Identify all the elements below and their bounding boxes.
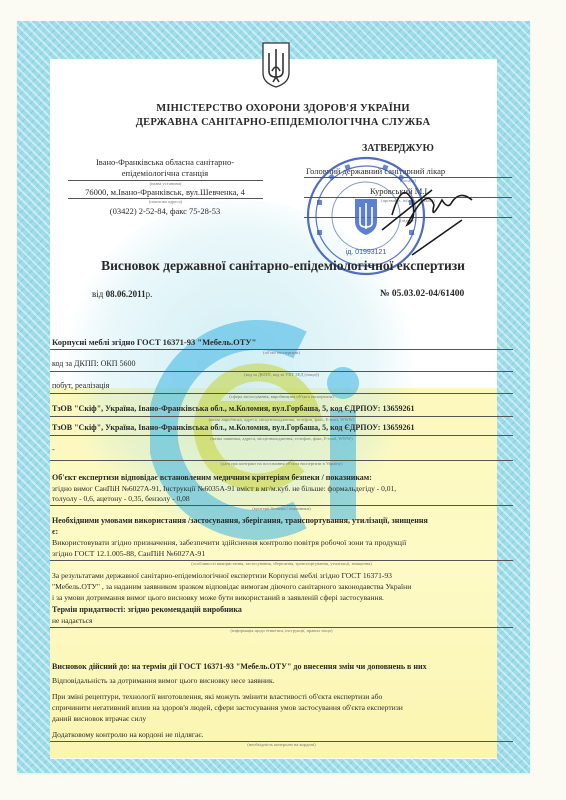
validity: Висновок дійсний до: на термін дії ГОСТ … [52,662,427,671]
issuer-address-caption: (поштова адреса) [68,199,263,204]
change-line3: даний висновок втрачає силу [52,714,146,723]
code-caption: (код за ДКПП, код за УКТ ЗЕД (тощо)) [50,372,513,377]
document-date: 08.06.2011 [106,289,146,299]
change-line1: При зміні рецептури, технології виготовл… [52,692,382,701]
change-line2: спричинити негативний вплив на здоров'я … [52,703,403,712]
criteria-heading: Об'єкт експертизи відповідає встановлени… [52,473,372,482]
field-import-contract: - [52,445,55,454]
import-caption: (дані про контракт на постачання об'єкта… [50,461,513,466]
criteria-line1: згідно вимог СанПіН №6027А-91, Інструкці… [52,484,396,493]
scope-caption: (сфера застосування, виробництва об'єкта… [50,394,513,399]
field-manufacturer: ТзОВ "Скіф", Україна, Івано-Франківська … [52,404,414,413]
field-object: Корпусні меблі згідно ГОСТ 16371-93 "Меб… [52,337,256,347]
document-date-line: від 08.06.2011р. [92,289,152,299]
shelf-life-caption: (інформація щодо етикетки, інструкції, п… [50,628,513,633]
criteria-line2: толуолу - 0,6, ацетону - 0,35, бензолу -… [52,494,190,503]
responsibility: Відповідальність за дотримання вимог цьо… [52,676,275,685]
result-line2: "Мебель.ОТУ" , за наданим заявником зраз… [52,582,411,591]
shelf-life-heading: Термін придатності: згідно рекомендацій … [52,605,242,614]
issuer-name-caption: (назва установи) [68,181,263,186]
object-caption: (об'єкт експертизи) [50,350,513,355]
signature-scribble [372,160,482,270]
field-scope: побут, реалізація [52,381,109,390]
result-line1: За результатами державної санітарно-епід… [52,571,392,580]
document-number: 05.03.02-04/61400 [392,289,464,299]
conditions-caption: (особливості використання, застосування,… [50,561,513,566]
applicant-caption: (назва заявника, адреса, місцезнаходженн… [50,436,513,441]
field-code: код за ДКПП: ОКП 5600 [52,359,136,368]
conditions-heading-line2: є: [52,527,58,536]
shelf-life-value: не надається [52,616,92,625]
criteria-caption: (критерії безпеки / показники) [50,506,513,511]
trident-coat-of-arms-icon [261,41,291,89]
border-control: Додатковому контролю на кордоні не підля… [52,730,204,739]
manufacturer-caption: (назва виробника, адреса, місцезнаходжен… [50,417,513,422]
service-name: ДЕРЖАВНА САНІТАРНО-ЕПІДЕМІОЛОГІЧНА СЛУЖБ… [0,117,566,128]
field-applicant: ТзОВ "Скіф", Україна, Івано-Франківська … [52,423,414,432]
number-prefix: № [380,289,390,299]
approval-title: ЗАТВЕРДЖУЮ [362,143,434,154]
issuer-name-line1: Івано-Франківська обласна санітарно- [60,157,270,167]
conditions-heading-line1: Необхідними умовами використання /застос… [52,516,428,525]
document-number-line: № 05.03.02-04/61400 [380,289,464,299]
result-line3: і за умови дотримання вимог цього виснов… [52,593,384,602]
document-title: Висновок державної санітарно-епідеміолог… [0,258,566,274]
conditions-line2: згідно ГОСТ 12.1.005-88, СанПіН №6027А-9… [52,549,205,558]
issuer-address: 76000, м.Івано-Франківськ, вул.Шевченка,… [60,187,270,197]
date-suffix: р. [146,289,153,299]
issuer-phone: (03422) 2-52-84, факс 75-28-53 [60,206,270,216]
border-control-caption: (необхідність контролю на кордоні) [50,742,513,747]
ministry-name: МІНІСТЕРСТВО ОХОРОНИ ЗДОРОВ'Я УКРАЇНИ [0,103,566,114]
date-prefix: від [92,289,103,299]
conditions-line1: Використовувати згідно призначення, забе… [52,538,406,547]
issuer-name-line2: епідеміологічна станція [60,168,270,178]
